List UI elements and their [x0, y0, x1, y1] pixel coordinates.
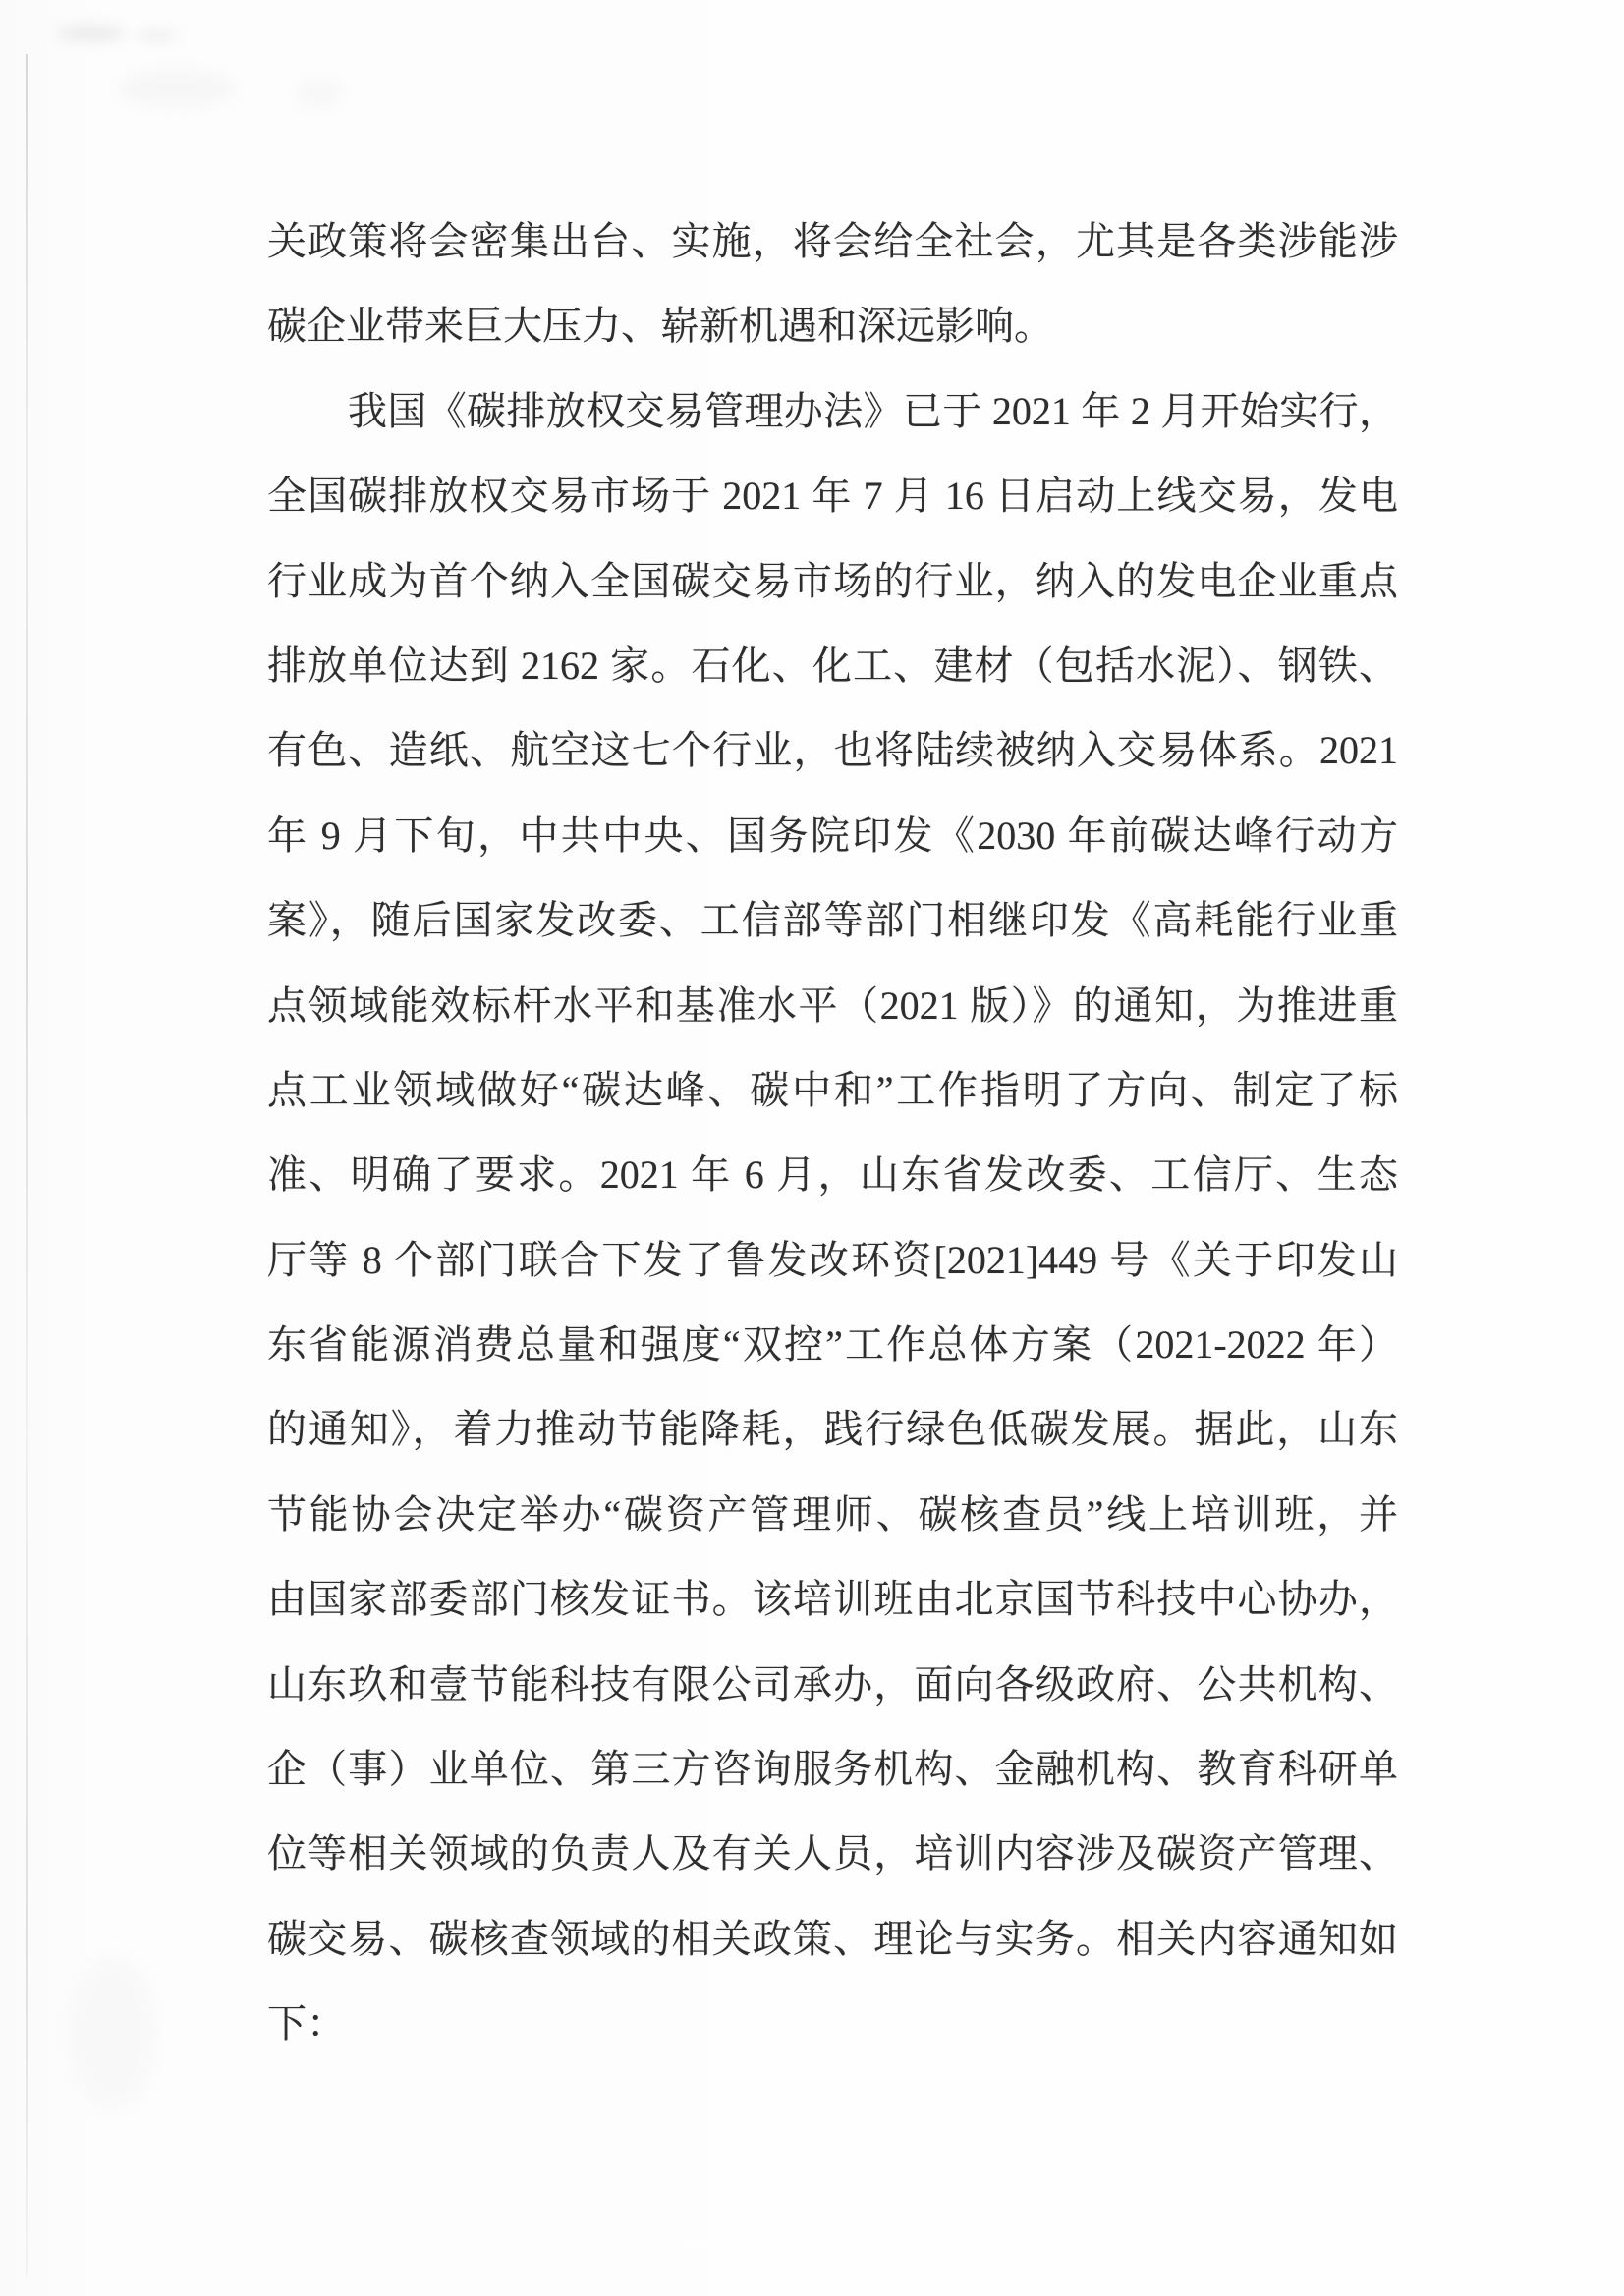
text-line: 碳企业带来巨大压力、崭新机遇和深远影响。 [267, 284, 1398, 368]
scan-smudge [69, 1955, 157, 2112]
text-line: 厅等 8 个部门联合下发了鲁发改环资[2021]449 号《关于印发山 [267, 1218, 1398, 1303]
text-line: 点工业领域做好“碳达峰、碳中和”工作指明了方向、制定了标 [267, 1048, 1398, 1133]
text-line: 我国《碳排放权交易管理办法》已于 2021 年 2 月开始实行， [267, 369, 1398, 454]
scan-artifact-vertical-line [26, 54, 28, 2276]
scan-smudge [138, 29, 177, 41]
scan-smudge [57, 26, 126, 41]
text-line: 节能协会决定举办“碳资产管理师、碳核查员”线上培训班，并 [267, 1473, 1398, 1557]
text-line: 排放单位达到 2162 家。石化、化工、建材（包括水泥）、钢铁、 [267, 624, 1398, 708]
text-line: 关政策将会密集出台、实施，将会给全社会，尤其是各类涉能涉 [267, 199, 1398, 284]
text-line: 企（事）业单位、第三方咨询服务机构、金融机构、教育科研单 [267, 1727, 1398, 1812]
text-line: 有色、造纸、航空这七个行业，也将陆续被纳入交易体系。2021 [267, 708, 1398, 793]
text-line: 全国碳排放权交易市场于 2021 年 7 月 16 日启动上线交易，发电 [267, 454, 1398, 538]
body-text: 关政策将会密集出台、实施，将会给全社会，尤其是各类涉能涉 碳企业带来巨大压力、崭… [267, 199, 1398, 2067]
text-line: 年 9 月下旬，中共中央、国务院印发《2030 年前碳达峰行动方 [267, 794, 1398, 878]
text-line: 的通知》，着力推动节能降耗，践行绿色低碳发展。据此，山东 [267, 1387, 1398, 1472]
text-line: 碳交易、碳核查领域的相关政策、理论与实务。相关内容通知如 [267, 1897, 1398, 1982]
text-line: 下： [267, 1982, 1398, 2066]
text-line: 位等相关领域的负责人及有关人员，培训内容涉及碳资产管理、 [267, 1812, 1398, 1896]
text-line: 点领域能效标杆水平和基准水平（2021 版）》的通知，为推进重 [267, 964, 1398, 1048]
text-line: 行业成为首个纳入全国碳交易市场的行业，纳入的发电企业重点 [267, 539, 1398, 624]
scan-smudge [295, 79, 344, 108]
text-line: 山东玖和壹节能科技有限公司承办，面向各级政府、公共机构、 [267, 1643, 1398, 1727]
document-page: 关政策将会密集出台、实施，将会给全社会，尤其是各类涉能涉 碳企业带来巨大压力、崭… [0, 0, 1624, 2296]
text-line: 东省能源消费总量和强度“双控”工作总体方案（2021-2022 年） [267, 1303, 1398, 1387]
text-line: 案》，随后国家发改委、工信部等部门相继印发《高耗能行业重 [267, 878, 1398, 963]
scan-smudge [118, 69, 236, 108]
text-line: 由国家部委部门核发证书。该培训班由北京国节科技中心协办， [267, 1557, 1398, 1642]
text-line: 准、明确了要求。2021 年 6 月，山东省发改委、工信厅、生态 [267, 1133, 1398, 1217]
